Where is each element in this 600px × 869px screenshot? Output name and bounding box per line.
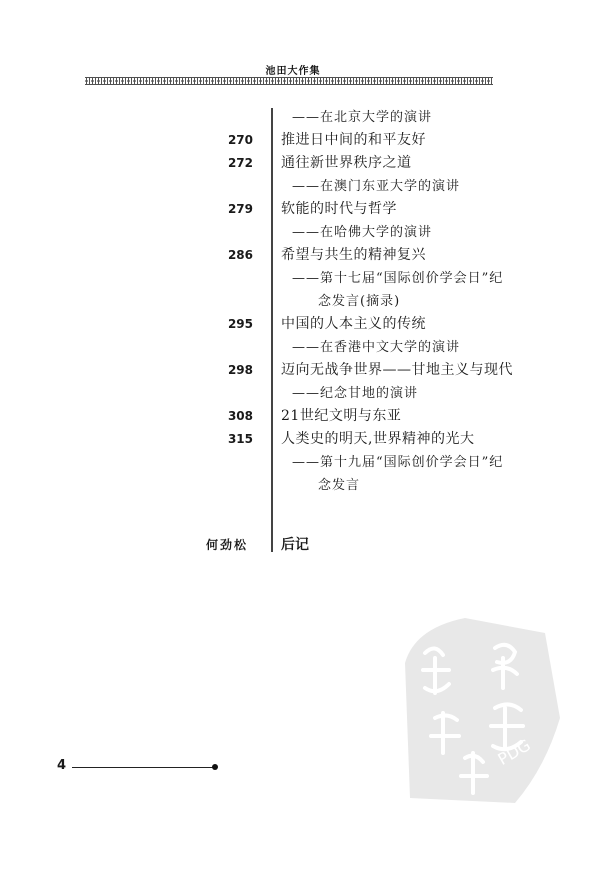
toc-entry-continuation: 念发言(摘录) (0, 290, 600, 313)
table-of-contents: ——在北京大学的演讲 270 推进日中间的和平友好 272 通往新世界秩序之道 … (0, 106, 600, 497)
toc-entry-title: 迈向无战争世界——甘地主义与现代 (281, 359, 513, 382)
toc-entry-title: 21世纪文明与东亚 (281, 405, 401, 428)
toc-entry[interactable]: ——第十七届“国际创价学会日”纪 (0, 267, 600, 290)
toc-entry-title: 念发言 (318, 474, 360, 497)
toc-entry[interactable]: ——纪念甘地的演讲 (0, 382, 600, 405)
toc-page-number: 295 (222, 313, 253, 336)
toc-entry[interactable]: 270 推进日中间的和平友好 (0, 129, 600, 152)
toc-page-number: 315 (222, 428, 253, 451)
toc-entry[interactable]: ——在北京大学的演讲 (0, 106, 600, 129)
toc-entry[interactable]: 295 中国的人本主义的传统 (0, 313, 600, 336)
footer-rule (72, 767, 214, 768)
toc-entry[interactable]: 308 21世纪文明与东亚 (0, 405, 600, 428)
toc-page-number: 308 (222, 405, 253, 428)
toc-entry[interactable]: 298 迈向无战争世界——甘地主义与现代 (0, 359, 600, 382)
toc-entry-title: 推进日中间的和平友好 (281, 129, 426, 152)
toc-entry[interactable]: 315 人类史的明天,世界精神的光大 (0, 428, 600, 451)
toc-page-number: 270 (222, 129, 253, 152)
toc-entry[interactable]: ——在澳门东亚大学的演讲 (0, 175, 600, 198)
toc-entry[interactable]: ——在香港中文大学的演讲 (0, 336, 600, 359)
toc-entry-title: 人类史的明天,世界精神的光大 (281, 428, 474, 451)
toc-afterword-entry[interactable]: 何劲松 后记 (0, 533, 600, 557)
toc-entry-title: ——在北京大学的演讲 (292, 106, 432, 129)
toc-entry[interactable]: ——在哈佛大学的演讲 (0, 221, 600, 244)
toc-entry-title: ——第十七届“国际创价学会日”纪 (292, 267, 503, 290)
seal-watermark-icon: PDG (395, 608, 565, 808)
toc-entry[interactable]: 272 通往新世界秩序之道 (0, 152, 600, 175)
running-title: 池田大作集 (0, 62, 586, 77)
toc-entry[interactable]: ——第十九届“国际创价学会日”纪 (0, 451, 600, 474)
toc-entry-title: 念发言(摘录) (318, 290, 400, 313)
toc-entry-title: 中国的人本主义的传统 (281, 313, 426, 336)
toc-page-number: 279 (222, 198, 253, 221)
toc-entry[interactable]: 286 希望与共生的精神复兴 (0, 244, 600, 267)
toc-entry-title: ——在香港中文大学的演讲 (292, 336, 460, 359)
fret-pattern (85, 80, 493, 82)
afterword-author: 何劲松 (206, 533, 248, 557)
toc-entry-title: ——纪念甘地的演讲 (292, 382, 418, 405)
toc-entry[interactable]: 279 软能的时代与哲学 (0, 198, 600, 221)
page-number: 4 (57, 758, 66, 773)
toc-entry-title: ——第十九届“国际创价学会日”纪 (292, 451, 503, 474)
toc-entry-title: ——在哈佛大学的演讲 (292, 221, 432, 244)
toc-entry-title: 软能的时代与哲学 (281, 198, 397, 221)
afterword-title: 后记 (281, 533, 309, 557)
footer-rule-dot (212, 764, 218, 770)
decorative-fret-border (85, 77, 493, 85)
toc-page-number: 298 (222, 359, 253, 382)
toc-page-number: 286 (222, 244, 253, 267)
toc-entry-title: ——在澳门东亚大学的演讲 (292, 175, 460, 198)
toc-entry-title: 希望与共生的精神复兴 (281, 244, 426, 267)
toc-entry-continuation: 念发言 (0, 474, 600, 497)
toc-page-number: 272 (222, 152, 253, 175)
toc-entry-title: 通往新世界秩序之道 (281, 152, 412, 175)
